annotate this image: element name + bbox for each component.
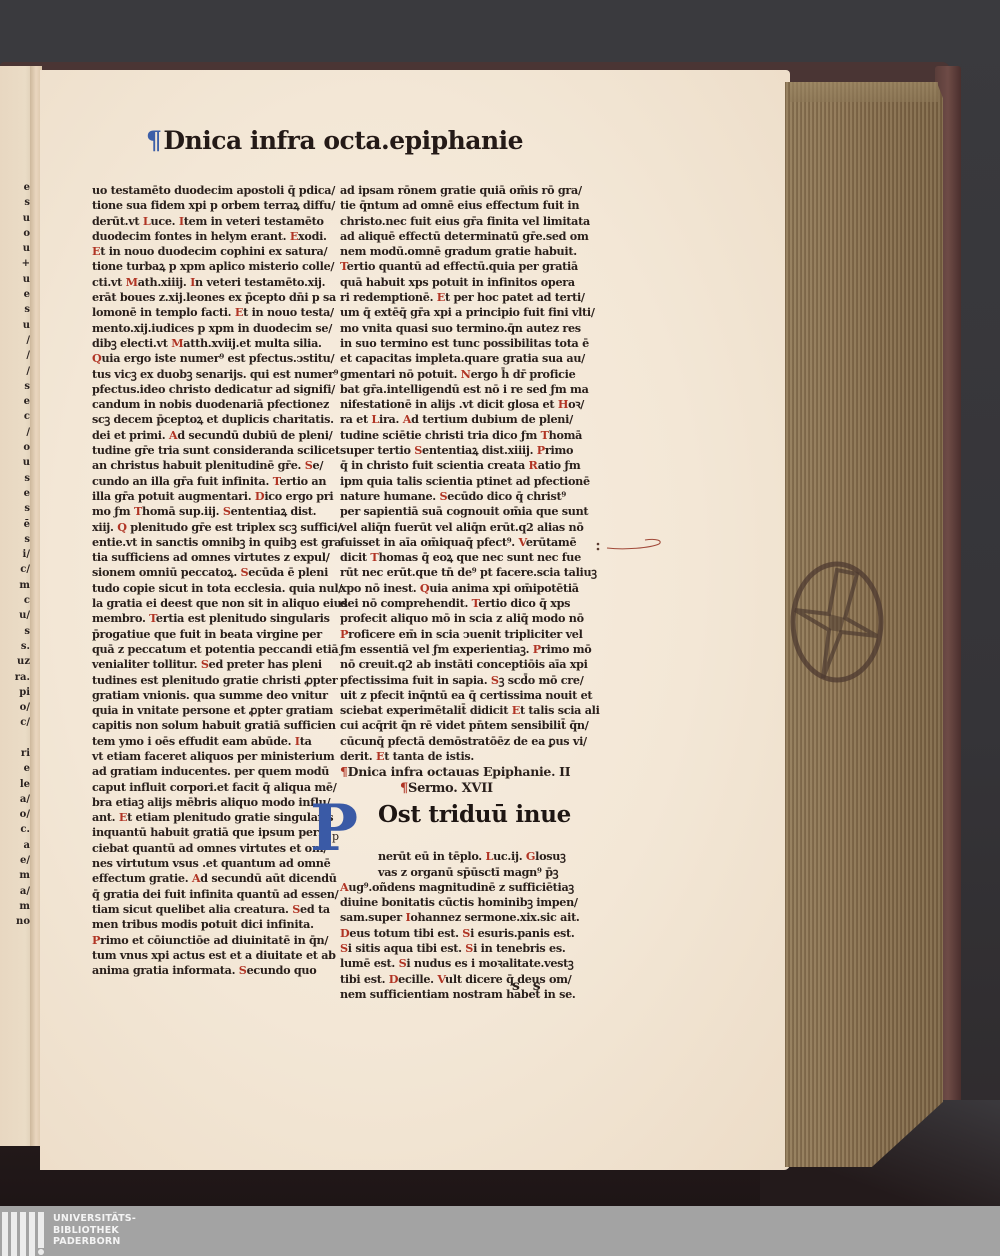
left-page-fragment: e (0, 761, 30, 776)
text-line: vel aliq̄n fuerūt vel aliq̄n erūt.q2 ali… (340, 520, 592, 535)
left-page-fragment: u (0, 241, 30, 256)
text-line: profecit aliquo mō in scia z aliq̄ modo … (340, 611, 592, 626)
rubric-initial: A (169, 428, 177, 442)
text-line: Quia ergo iste numer⁹ est pfectus.ↄstitu… (92, 351, 332, 366)
rubric-initial: S (465, 941, 473, 955)
text-line: la gratia ei deest que non sit in aliquo… (92, 596, 332, 611)
left-page-fragment: c (0, 593, 30, 608)
text-line: tie q̄ntum ad omnē eius effectum fuit in (340, 198, 592, 213)
left-page-fragment: o/ (0, 700, 30, 715)
text-line: ƒm essentiā vel ƒm experientiaꝫ. Primo m… (340, 642, 592, 657)
text-line: entie.vt in sanctis omnibꝫ in quibꝫ est … (92, 535, 332, 550)
text-line: vas z organū sp̄ūsctī magn⁹ p̄ꝫ (340, 865, 592, 880)
rubric-initial: L (485, 849, 493, 863)
rubric-initial: D (255, 489, 264, 503)
rubric-initial: S (305, 458, 313, 472)
rubric-initial: S (340, 941, 348, 955)
left-page-fragment: o (0, 440, 30, 455)
rubric-initial: M (126, 275, 138, 289)
left-column: uo testamēto duodecim apostoli q̄ pdica/… (92, 183, 332, 978)
text-line: lumē est. Si nudus es i moꝛalitate.vestꝫ (340, 956, 592, 971)
pilcrow-icon: ¶ (340, 764, 348, 779)
left-page-fragment: u (0, 211, 30, 226)
left-page-fragment: m (0, 899, 30, 914)
text-line: tum vnus xpi actus est et a diuitate et … (92, 948, 332, 963)
rubric-initial: P (340, 627, 348, 641)
text-line: xiij. Q plenitudo gr̄e est triplex scꝫ s… (92, 520, 332, 535)
left-page-fragment: m (0, 578, 30, 593)
text-line: Aug⁹.oñdens magnitudinē z sufficiētiaꝫ (340, 880, 592, 895)
rubric-initial: D (340, 926, 349, 940)
text-line: quā habuit xps potuit in infinitos opera (340, 275, 592, 290)
text-line: um q̄ extēq̄ gr̄a xpi a principio fuit f… (340, 305, 592, 320)
text-line: per sapientiā suā cognouit om̄ia que sun… (340, 504, 592, 519)
rubric-initial: S (239, 963, 247, 977)
rubric-initial: A (192, 871, 200, 885)
text-line: Tertio quantū ad effectū.quia per gratiā (340, 259, 592, 274)
rubric-initial: E (235, 305, 243, 319)
left-page-fragment: c/ (0, 562, 30, 577)
text-line: effectum gratie. Ad secundū aūt dicendū (92, 871, 332, 886)
text-line: ant. Et etiam plenitudo gratie singulari… (92, 810, 332, 825)
text-line: tudo copie sicut in tota ecclesia. quia … (92, 581, 332, 596)
text-line: duodecim fontes in helym erant. Exodi. (92, 229, 332, 244)
text-line: rūt nec erūt.que tn̄ de⁹ pt facere.scia … (340, 565, 592, 580)
sermon-label: ¶Sermo. XVII (340, 781, 592, 799)
left-page-fragment: e (0, 486, 30, 501)
text-line: cundo an illa gr̄a fuit infinita. Tertio… (92, 474, 332, 489)
text-line: venialiter tollitur. Sed preter has plen… (92, 657, 332, 672)
text-line: tione sua fidem xpi p orbem terraꝝ diffu… (92, 198, 332, 213)
text-line: dibꝫ electi.vt Matth.xviij.et multa sili… (92, 336, 332, 351)
running-head-text: Dnica infra octa.epiphanie (163, 126, 523, 155)
left-page-fragment: o (0, 226, 30, 241)
text-line: bat gr̄a.intelligendū est nō i re sed ƒm… (340, 382, 592, 397)
rubric-initial: S (462, 926, 470, 940)
text-line: et capacitas impleta.quare gratia sua au… (340, 351, 592, 366)
left-page-fragment: m (0, 868, 30, 883)
text-line: dei et primi. Ad secundū dubiū de pleni/ (92, 428, 332, 443)
text-line: tiam sicut quelibet alia creatura. Sed t… (92, 902, 332, 917)
left-page-fragment: le (0, 777, 30, 792)
rubric-initial: T (541, 428, 549, 442)
left-page-fragment: s (0, 195, 30, 210)
left-page-fragment: o/ (0, 807, 30, 822)
rubric-initial: P (537, 443, 545, 457)
rubric-initial: H (558, 397, 568, 411)
left-page-fragment: s (0, 471, 30, 486)
text-line: uit z pfecit inq̄ntū ea q̄ certissima no… (340, 688, 592, 703)
ownership-stamp-icon (785, 552, 885, 692)
rubric-initial: I (190, 275, 195, 289)
pilcrow-icon: ¶ (146, 126, 161, 155)
section-heading: ¶Dnica infra octauas Epiphanie. II (340, 764, 592, 781)
text-line: ciebat quantū ad omnes virtutes et om/ (92, 841, 332, 856)
left-page-fragment: ē (0, 517, 30, 532)
text-line: inquantū habuit gratiā que ipsum perfi/ (92, 825, 332, 840)
text-line: derit. Et tanta de istis. (340, 749, 592, 764)
text-line: nature humane. Secūdo dico q̄ christ⁹ (340, 489, 592, 504)
rubric-initial: P (533, 642, 541, 656)
text-line: men tribus modis potuit dici infinita. (92, 917, 332, 932)
text-line: gmentari nō potuit. Nergo h̄ dr̄ profici… (340, 367, 592, 382)
rubric-initial: A (403, 412, 411, 426)
text-line: Si sitis aqua tibi est. Si in tenebris e… (340, 941, 592, 956)
left-page-fragment: no (0, 914, 30, 929)
rubric-initial: S (491, 673, 499, 687)
library-name-line-3: PADERBORN (53, 1236, 136, 1248)
right-column: ad ipsam rōnem gratie quiā om̄is rō gra/… (340, 183, 592, 1002)
left-page-fragment: a/ (0, 884, 30, 899)
left-page-fragment: u/ (0, 608, 30, 623)
rubric-initial: E (119, 810, 127, 824)
section-heading-text: Dnica infra octauas Epiphanie. II (348, 764, 571, 779)
sermon-label-text: Sermo. XVII (408, 781, 493, 796)
rubric-initial: E (376, 749, 384, 763)
text-line: uo testamēto duodecim apostoli q̄ pdica/ (92, 183, 332, 198)
rubric-initial: L (371, 412, 379, 426)
left-page-fragment: u (0, 318, 30, 333)
rubric-initial: D (389, 972, 398, 986)
text-line: Primo et cōiunctiōe ad diuinitatē in q̄n… (92, 933, 332, 948)
text-line: sam.super Iohannez sermone.xix.sic ait. (340, 910, 592, 925)
left-page-fragment: e (0, 394, 30, 409)
text-line: super tertio Sententiaꝝ dist.xiiij. Prim… (340, 443, 592, 458)
sermon-text: nerūt eū in tēplo. Luc.ij. Glosuꝫvas z o… (340, 849, 592, 1002)
decorated-initial: P (310, 799, 372, 863)
text-line: nem sufficientiam nostram habet in se. (340, 987, 592, 1002)
rubric-initial: S (223, 504, 231, 518)
text-line: caput influit corpori.et facit q̄ aliqua… (92, 780, 332, 795)
text-line: cūcunq̄ pfectā demōstratōēz de ea ꝑus vi… (340, 734, 592, 749)
rubric-initial: E (290, 229, 298, 243)
text-line: tus vicꝫ ex duobꝫ senarijs. qui est nume… (92, 367, 332, 382)
text-line: pfectus.ideo christo dedicatur ad signif… (92, 382, 332, 397)
text-line: illa gr̄a potuit augmentari. Dico ergo p… (92, 489, 332, 504)
fore-edge-top (790, 82, 938, 102)
left-page-fragment: s (0, 379, 30, 394)
text-line: scꝫ decem p̄ceptoꝝ et duplicis charitati… (92, 412, 332, 427)
text-line: ra et Lira. Ad tertium dubium de pleni/ (340, 412, 592, 427)
text-line: lomonē in templo facti. Et in nouo testa… (92, 305, 332, 320)
running-head: ¶Dnica infra octa.epiphanie (146, 126, 523, 166)
library-logo-icon[interactable] (2, 1212, 46, 1256)
text-line: mo vnita quasi suo termino.q̄n autez res (340, 321, 592, 336)
rubric-initial: Q (92, 351, 101, 365)
text-line: candum in nobis duodenariā pfectionez (92, 397, 332, 412)
text-line: tudine gr̄e tria sunt consideranda scili… (92, 443, 332, 458)
left-page-fragment: c/ (0, 715, 30, 730)
text-line: Deus totum tibi est. Si esuris.panis est… (340, 926, 592, 941)
text-line: cui acq̄rit q̄n rē videt pn̄tem sensibil… (340, 718, 592, 733)
left-page-fragment: u (0, 272, 30, 287)
rubric-initial: E (512, 703, 520, 717)
text-line: ad gratiam inducentes. per quem modū (92, 764, 332, 779)
rubric-initial: G (526, 849, 535, 863)
text-line: dicit Thomas q̄ eoꝝ que nec sunt nec fue (340, 550, 592, 565)
rubric-initial: I (295, 734, 300, 748)
left-page-fragment: s (0, 532, 30, 547)
library-name[interactable]: UNIVERSITÄTS- BIBLIOTHEK PADERBORN (53, 1213, 136, 1248)
text-line: mo ƒm Thomā sup.iij. Sententiaꝝ dist. (92, 504, 332, 519)
sermon-incipit: Ost triduū inue (378, 801, 571, 829)
left-page-fragment: e (0, 287, 30, 302)
text-line: mento.xij.iudices p xpm in duodecim se/ (92, 321, 332, 336)
text-line: capitis non solum habuit gratiā sufficie… (92, 718, 332, 733)
rubric-initial: T (370, 550, 378, 564)
left-page-fragment: s (0, 501, 30, 516)
text-line: sionem omniū peccatoꝝ. Secūda ē pleni (92, 565, 332, 580)
text-line: ri redemptionē. Et per hoc patet ad tert… (340, 290, 592, 305)
text-line: tibi est. Decille. Vult dicere q̄ deus o… (340, 972, 592, 987)
rubric-initial: T (472, 596, 479, 610)
left-page-fragment: a/ (0, 792, 30, 807)
text-line: gratiam vnionis. qua summe deo vnitur (92, 688, 332, 703)
text-line: q̄ in christo fuit scientia creata Ratio… (340, 458, 592, 473)
text-line: ad aliquē effectū determinatū gr̄e.sed o… (340, 229, 592, 244)
left-page-fragment: c (0, 409, 30, 424)
rubric-initial: T (340, 259, 347, 273)
rubric-initial: N (461, 367, 471, 381)
rubric-initial: Q (420, 581, 429, 595)
library-name-line-2: BIBLIOTHEK (53, 1225, 136, 1237)
text-line: ipm quia talis scientia ptinet ad pfecti… (340, 474, 592, 489)
rubric-initial: V (519, 535, 526, 549)
text-line: q̄ gratia dei fuit infinita quantū ad es… (92, 887, 332, 902)
text-line: derūt.vt Luce. Item in veteri testamēto (92, 214, 332, 229)
text-line: nō creuit.q2 ab instāti conceptiōis aīa … (340, 657, 592, 672)
left-page-fragment: uz (0, 654, 30, 669)
text-line: anima gratia informata. Secundo quo (92, 963, 332, 978)
rubric-initial: E (437, 290, 445, 304)
rubric-initial: S (440, 489, 448, 503)
left-page-fragment: ra. (0, 670, 30, 685)
left-page-fragment: / (0, 333, 30, 348)
rubric-initial: S (241, 565, 249, 579)
left-page-fragment: pi (0, 685, 30, 700)
left-page-fragment: s (0, 624, 30, 639)
text-line: nifestationē in alijs .vt dicit glosa et… (340, 397, 592, 412)
initial-guide-letter: p (332, 829, 339, 844)
text-line: xpo nō inest. Quia anima xpi om̄ipotētiā (340, 581, 592, 596)
rubric-initial: T (134, 504, 142, 518)
text-line: in suo termino est tunc possibilitas tot… (340, 336, 592, 351)
text-line: tudine sciētie christi tria dico ƒm Thom… (340, 428, 592, 443)
margin-annotation-icon (595, 536, 665, 556)
sermon-opening: P p Ost triduū inue (340, 799, 592, 849)
left-page-fragment: s. (0, 639, 30, 654)
left-page-fragment: u (0, 455, 30, 470)
rubric-initial: V (437, 972, 445, 986)
text-line: fuisset in aīa om̄iquaq̄ pfect⁹. Verūtam… (340, 535, 592, 550)
left-page-fragment: c. (0, 822, 30, 837)
rubric-initial: E (92, 244, 100, 258)
left-page-fragment: / (0, 425, 30, 440)
text-line: tudines est plenitudo gratie christi ꝓpt… (92, 673, 332, 688)
rubric-initial: L (143, 214, 151, 228)
text-line: nerūt eū in tēplo. Luc.ij. Glosuꝫ (340, 849, 592, 864)
text-line: tem ymo i oēs effudit eam abūde. Ita (92, 734, 332, 749)
rubric-initial: I (405, 910, 410, 924)
left-page-fragment: + (0, 256, 30, 271)
rubric-initial: T (149, 611, 156, 625)
left-page-text-fragments: esuou+uesu///sec/ousesēsi/c/mcu/ss.uzra.… (0, 180, 30, 930)
text-line: ad ipsam rōnem gratie quiā om̄is rō gra/ (340, 183, 592, 198)
left-page-fragment: / (0, 348, 30, 363)
rubric-initial: A (340, 880, 348, 894)
text-line: pfectissima fuit in sapia. Sꝫ scd̄o mō c… (340, 673, 592, 688)
text-line: vt etiam faceret aliquos per ministerium (92, 749, 332, 764)
pilcrow-icon: ¶ (400, 781, 408, 796)
rubric-initial: S (414, 443, 422, 457)
text-line: Et in nouo duodecim cophini ex satura/ (92, 244, 332, 259)
text-line: tione turbaꝝ p xpm aplico misterio colle… (92, 259, 332, 274)
rubric-initial: S (292, 902, 300, 916)
text-line: christo.nec fuit eius gr̄a finita vel li… (340, 214, 592, 229)
rubric-initial: M (171, 336, 183, 350)
text-line: dei nō comprehendit. Tertio dico q̄ xps (340, 596, 592, 611)
left-page-fragment: e/ (0, 853, 30, 868)
text-line: bra etiaꝫ alijs mēbris aliquo modo influ… (92, 795, 332, 810)
text-line: membro. Tertia est plenitudo singularis (92, 611, 332, 626)
library-name-line-1: UNIVERSITÄTS- (53, 1213, 136, 1225)
left-page-fragment: / (0, 364, 30, 379)
rubric-initial: S (201, 657, 209, 671)
rubric-initial: T (273, 474, 280, 488)
text-line: quia in vnitate persone et ꝓpter gratiam (92, 703, 332, 718)
text-line: cti.vt Math.xiiij. In veteri testamēto.x… (92, 275, 332, 290)
left-page-fragment (0, 731, 30, 746)
text-line: nes virtutum vsus .et quantum ad omnē (92, 856, 332, 871)
left-page-fragment: a (0, 838, 30, 853)
rubric-initial: R (529, 458, 538, 472)
text-line: Proficere em̄ in scia ↄuenit tripliciter… (340, 627, 592, 642)
text-line: p̄rogatiue que fuit in beata virgine per (92, 627, 332, 642)
rubric-initial: S (399, 956, 407, 970)
left-page-fragment: ri (0, 746, 30, 761)
left-page-fragment: e (0, 180, 30, 195)
left-page-fragment: i/ (0, 547, 30, 562)
text-line: sciebat experimētalit̄ didicit Et talis … (340, 703, 592, 718)
text-line: nem modū.omnē gradum gratie habuit. (340, 244, 592, 259)
text-line: quā z peccatum et potentia peccandi etiā (92, 642, 332, 657)
rubric-initial: I (179, 214, 184, 228)
text-line: diuine bonitatis cūctis hominibꝫ impen/ (340, 895, 592, 910)
rubric-initial: P (92, 933, 100, 947)
right-column-text: ad ipsam rōnem gratie quiā om̄is rō gra/… (340, 183, 592, 764)
text-line: tia sufficiens ad omnes virtutes z expul… (92, 550, 332, 565)
text-line: erāt boues z.xij.leones ex p̄cepto dn̄i … (92, 290, 332, 305)
left-page-fragment: s (0, 302, 30, 317)
rubric-initial: Q (117, 520, 126, 534)
viewer-footer: UNIVERSITÄTS- BIBLIOTHEK PADERBORN (0, 1206, 1000, 1256)
signature-mark: s s (512, 978, 545, 994)
text-line: an christus habuit plenitudinē gr̄e. Se/ (92, 458, 332, 473)
